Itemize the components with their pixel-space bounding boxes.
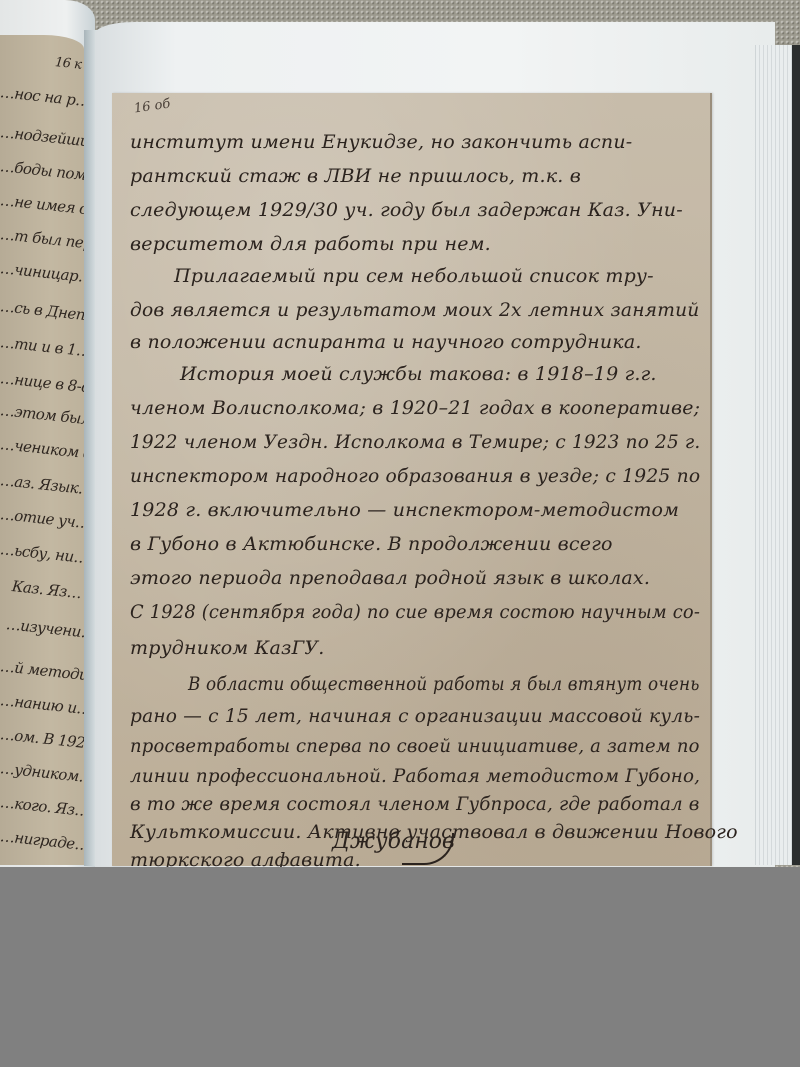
- manuscript-line: в Губоно в Актюбинске. В продолжении все…: [130, 533, 613, 555]
- manuscript-line: трудником КазГУ.: [130, 637, 325, 659]
- manuscript-line: линии профессиональной. Работая методист…: [130, 765, 700, 787]
- book-left-page: 16 к …нос на р… …нодзейшими …боды помещ……: [0, 0, 95, 867]
- left-line: …ти и в 1…: [0, 333, 84, 360]
- left-line: …нанию и…: [0, 691, 84, 718]
- left-line: …ниграде…: [0, 827, 84, 854]
- left-line: …чеником в…: [0, 435, 84, 464]
- manuscript-line: верситетом для работы при нем.: [130, 233, 491, 255]
- manuscript-line: Прилагаемый при сем небольшой список тру…: [174, 265, 654, 287]
- left-line: …ом. В 1926…: [0, 725, 84, 754]
- manuscript-line: С 1928 (сентября года) по сие время сост…: [130, 601, 700, 623]
- left-line: …нос на р…: [0, 83, 84, 110]
- manuscript-line: дов является и результатом моих 2х летни…: [130, 299, 700, 321]
- left-line: Каз. Яз…: [11, 577, 82, 602]
- left-line: …отие уч…: [0, 505, 84, 532]
- manuscript-line: В области общественной работы я был втян…: [188, 673, 700, 695]
- left-line: …не имея ср…: [0, 191, 84, 221]
- left-page-number: 16 к: [54, 55, 82, 73]
- manuscript-line: рано — с 15 лет, начиная с организации м…: [130, 705, 700, 727]
- manuscript-line: следующем 1929/30 уч. году был задержан …: [130, 199, 683, 221]
- manuscript-line: История моей службы такова: в 1918–19 г.…: [180, 363, 657, 385]
- left-line: …кого. Яз…: [0, 793, 84, 820]
- manuscript-line: 1922 членом Уездн. Исполкома в Темире; с…: [130, 431, 700, 453]
- manuscript-line: этого периода преподавал родной язык в ш…: [130, 567, 650, 589]
- left-line: …этом был…: [0, 401, 84, 430]
- manuscript-line: 1928 г. включительно — инспектором-метод…: [130, 499, 679, 521]
- left-line: …сь в Днепр…: [0, 297, 84, 326]
- manuscript-line: Культкомиссии. Активно участвовал в движ…: [130, 821, 738, 843]
- manuscript-line: членом Волисполкома; в 1920–21 годах в к…: [130, 397, 700, 419]
- left-line: …й методи…: [0, 657, 84, 686]
- book-page-edges: [755, 45, 796, 865]
- book-cover-edge: [792, 45, 800, 865]
- left-line: …ьсбу, ни…: [0, 540, 84, 567]
- left-line: …нодзейшими: [0, 123, 84, 152]
- page-number: 16 об: [133, 97, 171, 117]
- gray-bottom-band: [0, 867, 800, 1067]
- manuscript-line: в положении аспиранта и научного сотрудн…: [130, 331, 642, 353]
- left-line: …боды помещ…: [0, 157, 84, 188]
- manuscript-sheet: 16 об институт имени Енукидзе, но законч…: [112, 93, 712, 866]
- manuscript-line: рантский стаж в ЛВИ не пришлось, т.к. в: [130, 165, 581, 187]
- left-line: …т был перев…: [0, 225, 84, 256]
- left-line: …чиницар…: [0, 259, 84, 287]
- left-line: …удником…: [0, 759, 84, 787]
- manuscript-line: инспектором народного образования в уезд…: [130, 465, 700, 487]
- left-line: …аз. Язык…: [0, 471, 84, 499]
- manuscript-line: в то же время состоял членом Губпроса, г…: [130, 793, 700, 815]
- manuscript-line: просветработы сперва по своей инициативе…: [130, 735, 700, 757]
- left-line: …нице в 8-ой: [0, 369, 84, 397]
- manuscript-line: институт имени Енукидзе, но закончить ас…: [130, 131, 632, 153]
- left-line: …изучени…: [5, 615, 84, 642]
- left-manuscript-sheet: 16 к …нос на р… …нодзейшими …боды помещ……: [0, 35, 84, 865]
